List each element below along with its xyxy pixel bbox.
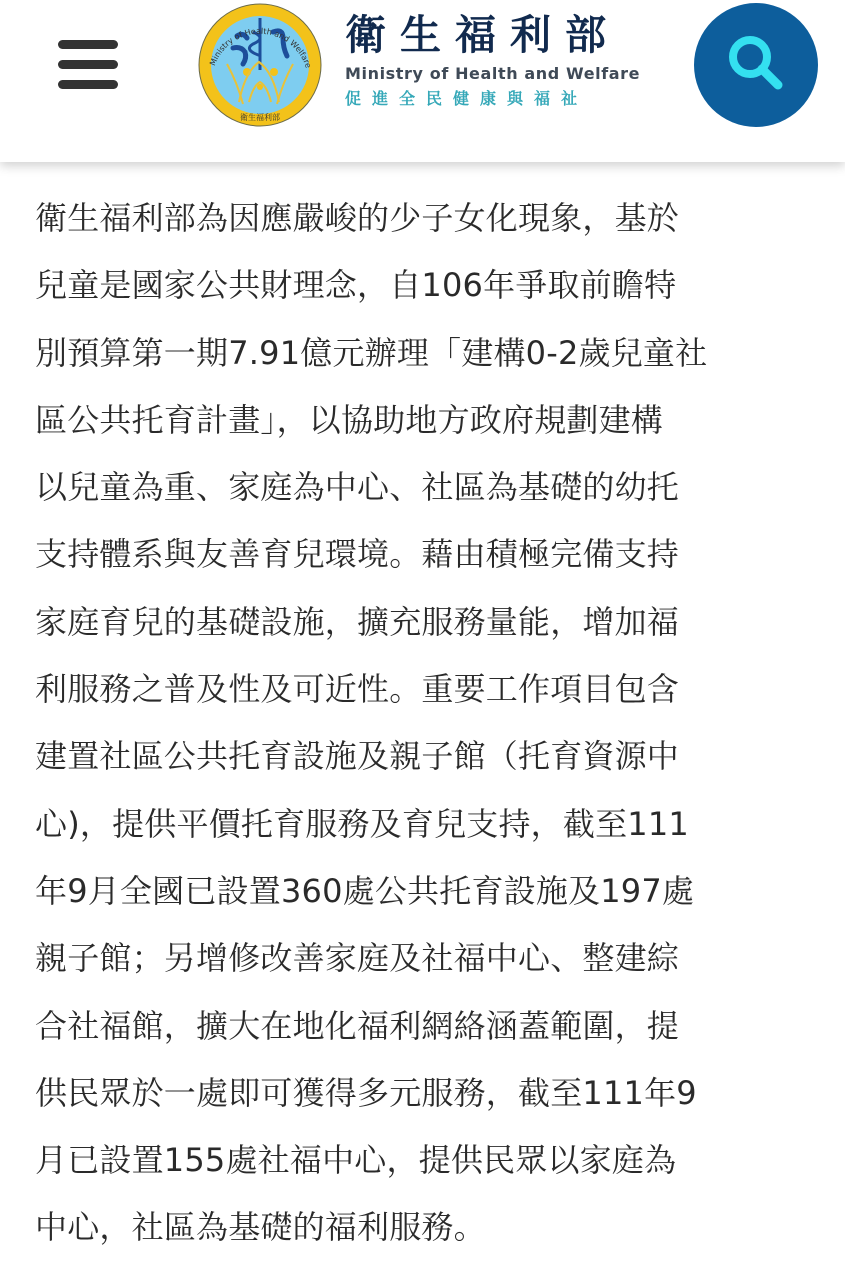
search-icon xyxy=(724,31,790,97)
text-line: 利服務之普及性及可近性。重要工作項目包含 xyxy=(35,656,810,723)
article-content: 衛生福利部為因應嚴峻的少子女化現象，基於 兒童是國家公共財理念，自106年爭取前… xyxy=(35,185,810,1262)
text-line: 合社福館，擴大在地化福利網絡涵蓋範圍，提 xyxy=(35,993,810,1060)
text-line: 月已設置155處社福中心，提供民眾以家庭為 xyxy=(35,1127,810,1194)
text-line: 家庭育兒的基礎設施，擴充服務量能，增加福 xyxy=(35,589,810,656)
hamburger-menu-icon[interactable] xyxy=(58,40,118,90)
ministry-logo-link[interactable]: 衛生福利部 Ministry of Health and Welfare 促進全… xyxy=(345,10,645,110)
menu-bar xyxy=(58,60,118,69)
logo-title: 衛生福利部 xyxy=(345,10,645,60)
text-line: 親子館；另增修改善家庭及社福中心、整建綜 xyxy=(35,925,810,992)
search-button[interactable] xyxy=(694,3,818,127)
article-paragraph: 衛生福利部為因應嚴峻的少子女化現象，基於 兒童是國家公共財理念，自106年爭取前… xyxy=(35,185,810,1262)
menu-bar xyxy=(58,80,118,89)
logo-english-name: Ministry of Health and Welfare xyxy=(345,63,645,85)
text-line: 心)，提供平價托育服務及育兒支持，截至111 xyxy=(35,791,810,858)
menu-bar xyxy=(58,40,118,49)
text-line: 區公共托育計畫」，以協助地方政府規劃建構 xyxy=(35,387,810,454)
text-line: 建置社區公共托育設施及親子館（托育資源中 xyxy=(35,723,810,790)
text-line: 別預算第一期7.91億元辦理「建構0-2歲兒童社 xyxy=(35,320,810,387)
text-line: 衛生福利部為因應嚴峻的少子女化現象，基於 xyxy=(35,185,810,252)
text-line: 以兒童為重、家庭為中心、社區為基礎的幼托 xyxy=(35,454,810,521)
site-header: 衛生福利部 Ministry of Health and Welfare 衛生福… xyxy=(0,0,845,162)
svg-text:衛生福利部: 衛生福利部 xyxy=(240,112,280,122)
text-line: 中心，社區為基礎的福利服務。 xyxy=(35,1194,810,1261)
text-line: 支持體系與友善育兒環境。藉由積極完備支持 xyxy=(35,521,810,588)
text-line: 年9月全國已設置360處公共托育設施及197處 xyxy=(35,858,810,925)
logo-slogan: 促進全民健康與福祉 xyxy=(345,88,645,110)
text-line: 兒童是國家公共財理念，自106年爭取前瞻特 xyxy=(35,252,810,319)
ministry-emblem-icon[interactable]: 衛生福利部 Ministry of Health and Welfare xyxy=(197,2,323,128)
text-line: 供民眾於一處即可獲得多元服務，截至111年9 xyxy=(35,1060,810,1127)
